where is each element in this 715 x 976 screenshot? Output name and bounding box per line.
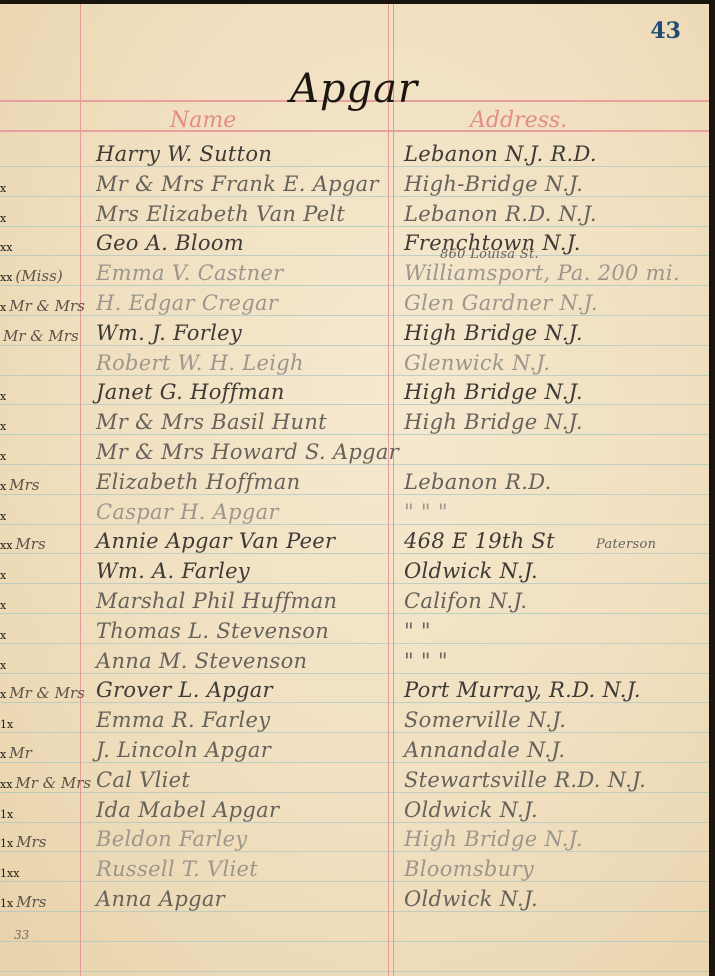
check-mark: x — [0, 599, 6, 612]
ledger-entry: xxMr & MrsCal VlietStewartsville R.D. N.… — [0, 766, 709, 796]
check-mark: x — [0, 480, 6, 493]
entry-prefix: Mrs — [15, 535, 45, 553]
ledger-entry: xx(Miss)Emma V. CastnerWilliamsport, Pa.… — [0, 259, 709, 289]
entry-address: Lebanon R.D. N.J. — [404, 202, 704, 226]
entry-address: High Bridge N.J. — [404, 380, 704, 404]
check-mark: x — [0, 212, 6, 225]
entry-margin: x — [0, 595, 80, 613]
entry-margin: x — [0, 446, 80, 464]
header-rule-bottom — [0, 130, 709, 132]
entry-address: " " — [404, 619, 704, 643]
entry-name: Grover L. Apgar — [96, 678, 396, 702]
entry-name: Mrs Elizabeth Van Pelt — [96, 202, 396, 226]
ledger-entry: Mr & MrsWm. J. ForleyHigh Bridge N.J. — [0, 319, 709, 349]
tally-note: 33 — [14, 928, 29, 942]
entry-margin: xMrs — [0, 476, 80, 494]
ledger-entry: xCaspar H. Apgar" " " — [0, 498, 709, 528]
entry-name: Mr & Mrs Basil Hunt — [96, 410, 396, 434]
column-header-name: Name — [170, 108, 236, 133]
check-mark: 1xx — [0, 867, 19, 880]
ledger-entry: xxMrsAnnie Apgar Van Peer468 E 19th StPa… — [0, 527, 709, 557]
entry-margin: xMr & Mrs — [0, 297, 80, 315]
entry-name: Wm. J. Forley — [96, 321, 396, 345]
entry-name: Harry W. Sutton — [96, 142, 396, 166]
entry-margin: 1x — [0, 714, 80, 732]
entry-name: Robert W. H. Leigh — [96, 351, 396, 375]
entry-name: Anna M. Stevenson — [96, 649, 396, 673]
entry-name: H. Edgar Cregar — [96, 291, 396, 315]
check-mark: 1x — [0, 718, 13, 731]
entry-address: Lebanon R.D. — [404, 470, 704, 494]
entry-margin: x — [0, 178, 80, 196]
ledger-entry: xMrs Elizabeth Van PeltLebanon R.D. N.J. — [0, 200, 709, 230]
entry-address: Williamsport, Pa. 200 mi. — [404, 261, 704, 285]
entry-name: Mr & Mrs Frank E. Apgar — [96, 172, 396, 196]
ledger-entry: xMr & MrsGrover L. ApgarPort Murray, R.D… — [0, 676, 709, 706]
entry-prefix: (Miss) — [15, 267, 62, 285]
entry-address-note: Paterson — [596, 537, 709, 552]
entry-address: Bloomsbury — [404, 857, 704, 881]
entry-margin: x — [0, 416, 80, 434]
entry-name: Beldon Farley — [96, 827, 396, 851]
check-mark: x — [0, 450, 6, 463]
entry-margin — [0, 148, 80, 166]
entry-margin: xx — [0, 237, 80, 255]
entry-address: High Bridge N.J. — [404, 321, 704, 345]
entry-name: J. Lincoln Apgar — [96, 738, 396, 762]
entry-margin: x — [0, 506, 80, 524]
ledger-page: 43 Apgar Name Address. Harry W. SuttonLe… — [0, 4, 709, 976]
check-mark: x — [0, 748, 6, 761]
entry-name: Elizabeth Hoffman — [96, 470, 396, 494]
entry-address: Glenwick N.J. — [404, 351, 704, 375]
entry-name: Wm. A. Farley — [96, 559, 396, 583]
ledger-entry: 1xIda Mabel ApgarOldwick N.J. — [0, 796, 709, 826]
entry-margin — [0, 357, 80, 375]
ledger-entry: xMr & Mrs Frank E. ApgarHigh-Bridge N.J. — [0, 170, 709, 200]
check-mark: 1x — [0, 897, 13, 910]
ledger-entry: 1xxRussell T. VlietBloomsbury — [0, 855, 709, 885]
entry-margin: 1xx — [0, 863, 80, 881]
ledger-entry: xAnna M. Stevenson" " " — [0, 647, 709, 677]
ledger-entry: xThomas L. Stevenson" " — [0, 617, 709, 647]
entry-prefix: Mr & Mrs — [9, 684, 85, 702]
entry-margin: Mr & Mrs — [0, 327, 80, 345]
entry-address: Oldwick N.J. — [404, 559, 704, 583]
entry-name: Janet G. Hoffman — [96, 380, 396, 404]
ledger-entry: xWm. A. FarleyOldwick N.J. — [0, 557, 709, 587]
ledger-entry: xMr & Mrs Basil HuntHigh Bridge N.J. — [0, 408, 709, 438]
entry-prefix: Mrs — [16, 893, 46, 911]
entry-prefix: Mr — [9, 744, 32, 762]
entry-margin: x — [0, 655, 80, 673]
entry-address: Oldwick N.J. — [404, 887, 704, 911]
ledger-entry: xJanet G. HoffmanHigh Bridge N.J. — [0, 378, 709, 408]
check-mark: xx — [0, 778, 12, 791]
check-mark: x — [0, 390, 6, 403]
ledger-entry: xMrsElizabeth HoffmanLebanon R.D. — [0, 468, 709, 498]
entry-address: High Bridge N.J. — [404, 410, 704, 434]
entry-margin: xMr — [0, 744, 80, 762]
entry-margin: 1xMrs — [0, 833, 80, 851]
entry-address: Stewartsville R.D. N.J. — [404, 768, 704, 792]
entry-address: " " " — [404, 500, 704, 524]
ledger-entry: 1xEmma R. FarleySomerville N.J. — [0, 706, 709, 736]
check-mark: x — [0, 629, 6, 642]
check-mark: 1x — [0, 837, 13, 850]
ledger-entry: Harry W. SuttonLebanon N.J. R.D. — [0, 140, 709, 170]
ledger-entry: xMarshal Phil HuffmanCalifon N.J. — [0, 587, 709, 617]
entry-name: Thomas L. Stevenson — [96, 619, 396, 643]
ledger-entry: xMrJ. Lincoln ApgarAnnandale N.J. — [0, 736, 709, 766]
entry-name: Emma V. Castner — [96, 261, 396, 285]
ledger-entry: xMr & MrsH. Edgar CregarGlen Gardner N.J… — [0, 289, 709, 319]
ruled-line — [0, 941, 709, 942]
entry-name: Annie Apgar Van Peer — [96, 529, 396, 553]
entry-margin: xxMrs — [0, 535, 80, 553]
check-mark: xx — [0, 271, 12, 284]
entry-name: Caspar H. Apgar — [96, 500, 396, 524]
entry-name: Anna Apgar — [96, 887, 396, 911]
page-number: 43 — [650, 18, 681, 44]
check-mark: 1x — [0, 808, 13, 821]
check-mark: x — [0, 659, 6, 672]
entry-margin: x — [0, 386, 80, 404]
entry-name: Cal Vliet — [96, 768, 396, 792]
entry-name: Russell T. Vliet — [96, 857, 396, 881]
check-mark: x — [0, 510, 6, 523]
entry-address: Somerville N.J. — [404, 708, 704, 732]
entry-name: Mr & Mrs Howard S. Apgar — [96, 440, 396, 464]
ledger-entry: Robert W. H. LeighGlenwick N.J. — [0, 349, 709, 379]
entry-name: Ida Mabel Apgar — [96, 798, 396, 822]
entry-address: High Bridge N.J. — [404, 827, 704, 851]
ledger-entry: xMr & Mrs Howard S. Apgar — [0, 438, 709, 468]
entry-prefix: Mr & Mrs — [3, 327, 79, 345]
entry-name: Emma R. Farley — [96, 708, 396, 732]
entry-address: Oldwick N.J. — [404, 798, 704, 822]
entry-address-note: 860 Louisa St. — [440, 247, 709, 262]
entry-margin: xx(Miss) — [0, 267, 80, 285]
check-mark: x — [0, 420, 6, 433]
entry-margin: x — [0, 625, 80, 643]
entry-prefix: Mr & Mrs — [15, 774, 91, 792]
entry-address: " " " — [404, 649, 704, 673]
entry-margin: x — [0, 208, 80, 226]
entry-name: Marshal Phil Huffman — [96, 589, 396, 613]
entry-prefix: Mrs — [16, 833, 46, 851]
entry-address: Glen Gardner N.J. — [404, 291, 704, 315]
entry-address: High-Bridge N.J. — [404, 172, 704, 196]
entry-margin: 1x — [0, 804, 80, 822]
check-mark: xx — [0, 241, 12, 254]
check-mark: xx — [0, 539, 12, 552]
ruled-line — [0, 971, 709, 972]
entry-name: Geo A. Bloom — [96, 231, 396, 255]
ledger-entry: 1xMrsAnna ApgarOldwick N.J. — [0, 885, 709, 915]
entry-margin: 1xMrs — [0, 893, 80, 911]
entry-address: Annandale N.J. — [404, 738, 704, 762]
check-mark: x — [0, 688, 6, 701]
entry-address: Califon N.J. — [404, 589, 704, 613]
entry-prefix: Mrs — [9, 476, 39, 494]
page-title: Apgar — [290, 66, 418, 112]
entry-prefix: Mr & Mrs — [9, 297, 85, 315]
column-header-address: Address. — [470, 108, 567, 133]
check-mark: x — [0, 182, 6, 195]
check-mark: x — [0, 569, 6, 582]
entry-margin: xxMr & Mrs — [0, 774, 80, 792]
entry-address: Port Murray, R.D. N.J. — [404, 678, 704, 702]
entry-address: Lebanon N.J. R.D. — [404, 142, 704, 166]
entry-margin: xMr & Mrs — [0, 684, 80, 702]
check-mark: x — [0, 301, 6, 314]
entry-margin: x — [0, 565, 80, 583]
ledger-entry: 1xMrsBeldon FarleyHigh Bridge N.J. — [0, 825, 709, 855]
